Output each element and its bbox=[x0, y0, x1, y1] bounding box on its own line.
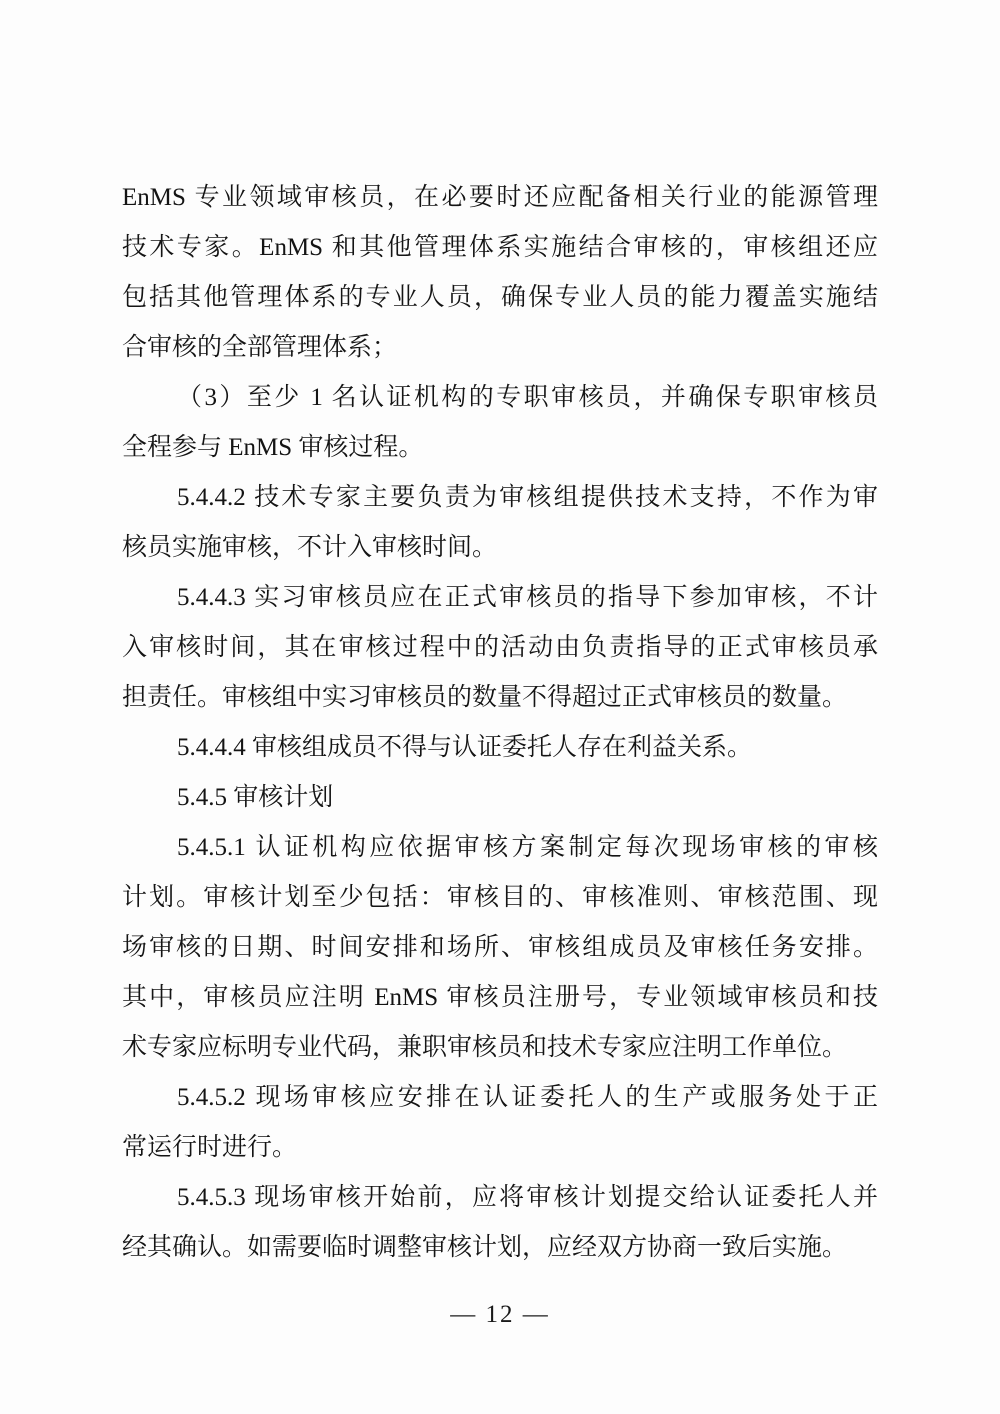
paragraph-5-4-4-2: 5.4.4.2 技术专家主要负责为审核组提供技术支持，不作为审 核员实施审核，不… bbox=[122, 473, 878, 573]
text-line: （3）至少 1 名认证机构的专职审核员，并确保专职审核员 bbox=[122, 373, 878, 423]
paragraph-5-4-5-heading: 5.4.5 审核计划 bbox=[122, 773, 878, 823]
text-line: 常运行时进行。 bbox=[122, 1123, 878, 1173]
text-line: 技术专家。EnMS 和其他管理体系实施结合审核的，审核组还应 bbox=[122, 223, 878, 273]
paragraph-enms-continuation: EnMS 专业领域审核员，在必要时还应配备相关行业的能源管理 技术专家。EnMS… bbox=[122, 173, 878, 373]
page-number: — 12 — bbox=[0, 1290, 1000, 1340]
text-line: 经其确认。如需要临时调整审核计划，应经双方协商一致后实施。 bbox=[122, 1223, 878, 1273]
text-line: 计划。审核计划至少包括：审核目的、审核准则、审核范围、现 bbox=[122, 873, 878, 923]
text-line: 入审核时间，其在审核过程中的活动由负责指导的正式审核员承 bbox=[122, 623, 878, 673]
text-line: 包括其他管理体系的专业人员，确保专业人员的能力覆盖实施结 bbox=[122, 273, 878, 323]
text-line: 术专家应标明专业代码，兼职审核员和技术专家应注明工作单位。 bbox=[122, 1023, 878, 1073]
paragraph-item-3: （3）至少 1 名认证机构的专职审核员，并确保专职审核员 全程参与 EnMS 审… bbox=[122, 373, 878, 473]
document-body: EnMS 专业领域审核员，在必要时还应配备相关行业的能源管理 技术专家。EnMS… bbox=[122, 173, 878, 1273]
text-line: 场审核的日期、时间安排和场所、审核组成员及审核任务安排。 bbox=[122, 923, 878, 973]
document-page: EnMS 专业领域审核员，在必要时还应配备相关行业的能源管理 技术专家。EnMS… bbox=[0, 0, 1000, 1414]
text-line: 5.4.4.2 技术专家主要负责为审核组提供技术支持，不作为审 bbox=[122, 473, 878, 523]
text-line: 全程参与 EnMS 审核过程。 bbox=[122, 423, 878, 473]
paragraph-5-4-5-3: 5.4.5.3 现场审核开始前，应将审核计划提交给认证委托人并 经其确认。如需要… bbox=[122, 1173, 878, 1273]
text-line: 担责任。审核组中实习审核员的数量不得超过正式审核员的数量。 bbox=[122, 673, 878, 723]
paragraph-5-4-5-2: 5.4.5.2 现场审核应安排在认证委托人的生产或服务处于正 常运行时进行。 bbox=[122, 1073, 878, 1173]
paragraph-5-4-5-1: 5.4.5.1 认证机构应依据审核方案制定每次现场审核的审核 计划。审核计划至少… bbox=[122, 823, 878, 1073]
section-heading-line: 5.4.5 审核计划 bbox=[122, 773, 878, 823]
paragraph-5-4-4-4: 5.4.4.4 审核组成员不得与认证委托人存在利益关系。 bbox=[122, 723, 878, 773]
text-line: 核员实施审核，不计入审核时间。 bbox=[122, 523, 878, 573]
paragraph-5-4-4-3: 5.4.4.3 实习审核员应在正式审核员的指导下参加审核，不计 入审核时间，其在… bbox=[122, 573, 878, 723]
text-line: 5.4.5.1 认证机构应依据审核方案制定每次现场审核的审核 bbox=[122, 823, 878, 873]
text-line: EnMS 专业领域审核员，在必要时还应配备相关行业的能源管理 bbox=[122, 173, 878, 223]
text-line: 5.4.5.3 现场审核开始前，应将审核计划提交给认证委托人并 bbox=[122, 1173, 878, 1223]
text-line: 5.4.4.3 实习审核员应在正式审核员的指导下参加审核，不计 bbox=[122, 573, 878, 623]
text-line: 5.4.4.4 审核组成员不得与认证委托人存在利益关系。 bbox=[122, 723, 878, 773]
text-line: 合审核的全部管理体系； bbox=[122, 323, 878, 373]
text-line: 5.4.5.2 现场审核应安排在认证委托人的生产或服务处于正 bbox=[122, 1073, 878, 1123]
text-line: 其中，审核员应注明 EnMS 审核员注册号，专业领域审核员和技 bbox=[122, 973, 878, 1023]
